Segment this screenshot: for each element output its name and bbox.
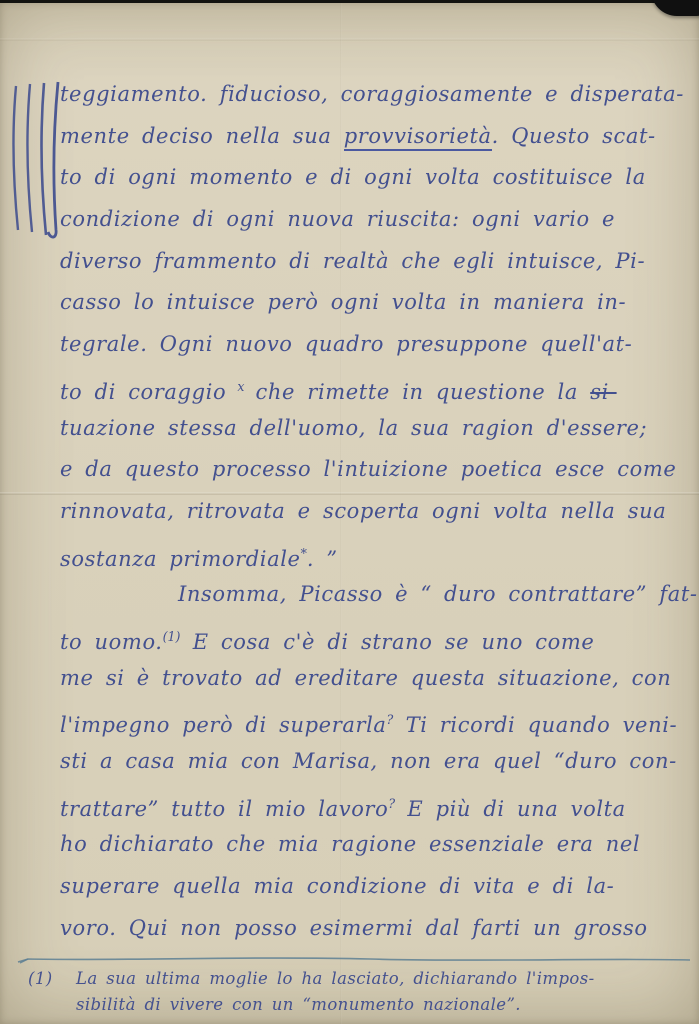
text-segment: rinnovata, ritrovata e scoperta ogni vol… <box>60 499 666 523</box>
text-segment-underline: provvisorietà <box>344 124 492 151</box>
text-segment: casso lo intuisce però ogni volta in man… <box>60 290 626 314</box>
text-segment: ho dichiarato che mia ragione essenziale… <box>60 832 640 856</box>
text-segment: E più di una volta <box>395 797 626 821</box>
footnote-separator-line <box>0 954 699 966</box>
handwritten-line: tuazione stessa dell'uomo, la sua ragion… <box>60 408 688 450</box>
text-segment: teggiamento. fiducioso, coraggiosamente … <box>60 82 684 106</box>
text-segment: che rimette in questione la <box>244 380 590 404</box>
text-segment: to di ogni momento e di ogni volta costi… <box>60 165 646 189</box>
text-segment: mente deciso nella sua <box>60 124 344 148</box>
letter-page: teggiamento. fiducioso, coraggiosamente … <box>0 2 699 1024</box>
footnote-text-1: La sua ultima moglie lo ha lasciato, dic… <box>76 969 595 988</box>
text-segment: Insomma, Picasso è “ duro contrattare” f… <box>178 582 698 606</box>
text-segment: . ” <box>307 547 338 571</box>
text-segment: sti a casa mia con Marisa, non era quel … <box>60 749 677 773</box>
handwritten-line: casso lo intuisce però ogni volta in man… <box>60 282 688 324</box>
handwritten-line: to di coraggio x che rimette in question… <box>60 366 688 408</box>
text-segment: sostanza primordiale <box>60 547 301 571</box>
paper-top-edge <box>0 0 699 3</box>
handwritten-line: l'impegno però di superarla? Ti ricordi … <box>60 699 688 741</box>
text-segment: l'impegno però di superarla <box>60 713 387 737</box>
text-segment: condizione di ogni nuova riuscita: ogni … <box>60 207 615 231</box>
handwritten-line: mente deciso nella sua provvisorietà. Qu… <box>60 116 688 158</box>
letter-photo: teggiamento. fiducioso, coraggiosamente … <box>0 0 699 1024</box>
handwritten-line: trattare” tutto il mio lavoro? E più di … <box>60 783 688 825</box>
footnote-marker: (1) <box>28 966 53 992</box>
handwritten-line: e da questo processo l'intuizione poetic… <box>60 449 688 491</box>
text-segment: . Questo scat- <box>492 124 656 148</box>
text-segment: to uomo. <box>60 630 163 654</box>
letter-body: teggiamento. fiducioso, coraggiosamente … <box>60 74 688 949</box>
footnote: (1) La sua ultima moglie lo ha lasciato,… <box>0 954 699 1018</box>
handwritten-line: me si è trovato ad ereditare questa situ… <box>60 658 688 700</box>
handwritten-line: Insomma, Picasso è “ duro contrattare” f… <box>60 574 688 616</box>
text-segment: voro. Qui non posso esimermi dal farti u… <box>60 916 648 940</box>
footnote-line-2: sibilità di vivere con un “monumento naz… <box>0 992 699 1018</box>
text-segment-sup: (1) <box>163 629 181 644</box>
handwritten-line: sti a casa mia con Marisa, non era quel … <box>60 741 688 783</box>
footnote-line-1: (1) La sua ultima moglie lo ha lasciato,… <box>0 966 699 992</box>
handwritten-line: ho dichiarato che mia ragione essenziale… <box>60 824 688 866</box>
handwritten-line: tegrale. Ogni nuovo quadro presuppone qu… <box>60 324 688 366</box>
text-segment: e da questo processo l'intuizione poetic… <box>60 457 676 481</box>
text-segment: diverso frammento di realtà che egli int… <box>60 249 645 273</box>
handwritten-line: rinnovata, ritrovata e scoperta ogni vol… <box>60 491 688 533</box>
handwritten-line: sostanza primordiale*. ” <box>60 533 688 575</box>
text-segment: me si è trovato ad ereditare questa situ… <box>60 666 671 690</box>
text-segment: E cosa c'è di strano se uno come <box>180 630 594 654</box>
text-segment: superare quella mia condizione di vita e… <box>60 874 614 898</box>
handwritten-line: to di ogni momento e di ogni volta costi… <box>60 157 688 199</box>
text-segment-strike: si- <box>590 380 616 404</box>
text-segment: trattare” tutto il mio lavoro <box>60 797 388 821</box>
fold-crease-top <box>0 38 699 41</box>
text-segment: tegrale. Ogni nuovo quadro presuppone qu… <box>60 332 632 356</box>
text-segment: tuazione stessa dell'uomo, la sua ragion… <box>60 416 647 440</box>
text-segment: Ti ricordi quando veni- <box>393 713 677 737</box>
handwritten-line: diverso frammento di realtà che egli int… <box>60 241 688 283</box>
handwritten-line: to uomo.(1) E cosa c'è di strano se uno … <box>60 616 688 658</box>
handwritten-line: teggiamento. fiducioso, coraggiosamente … <box>60 74 688 116</box>
handwritten-line: voro. Qui non posso esimermi dal farti u… <box>60 908 688 950</box>
handwritten-line: condizione di ogni nuova riuscita: ogni … <box>60 199 688 241</box>
handwritten-line: superare quella mia condizione di vita e… <box>60 866 688 908</box>
margin-emphasis-marks <box>6 80 66 245</box>
text-segment: to di coraggio <box>60 380 237 404</box>
